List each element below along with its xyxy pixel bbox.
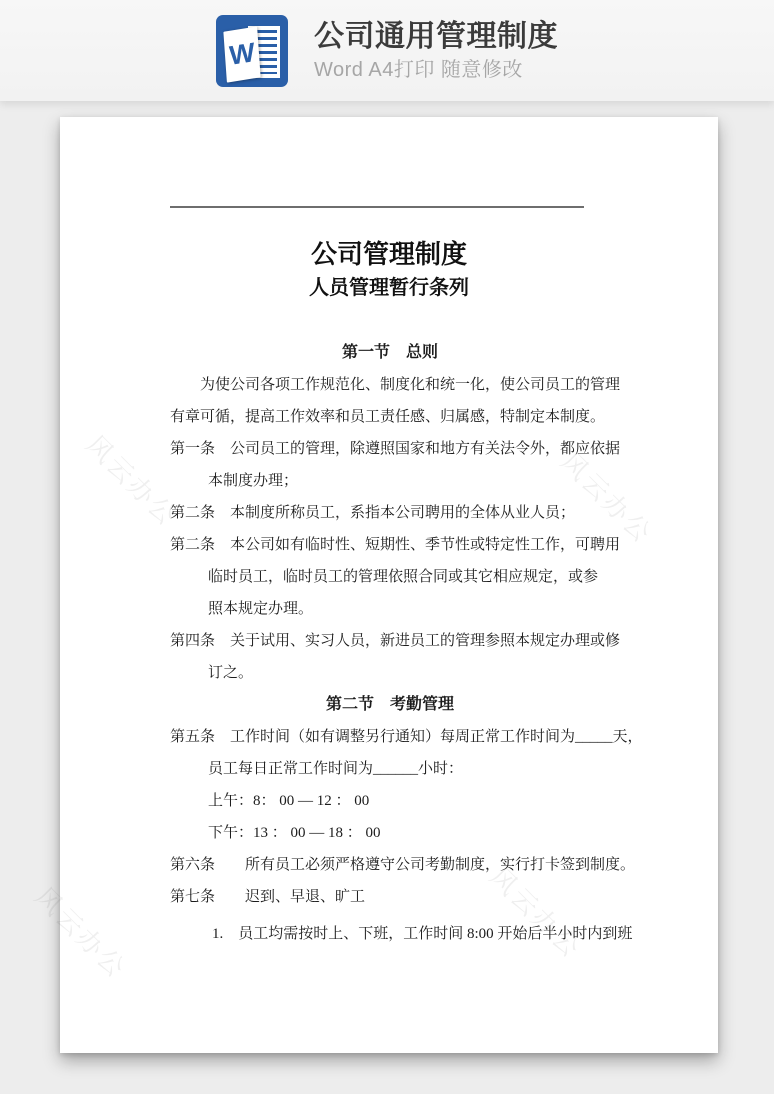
section-heading: 第二节 考勤管理: [170, 689, 610, 721]
site-header: W 公司通用管理制度 Word A4打印 随意修改: [0, 0, 774, 101]
document-page: 风云办公 风云办公 风云办公 风云办公 公司管理制度 人员管理暂行条列 第一节 …: [60, 117, 718, 1053]
document-line: 为使公司各项工作规范化、制度化和统一化，使公司员工的管理: [170, 369, 610, 401]
document-line: 有章可循，提高工作效率和员工责任感、归属感，特制定本制度。: [170, 401, 610, 433]
document-line: 第六条 所有员工必须严格遵守公司考勤制度，实行打卡签到制度。: [170, 849, 610, 881]
page-title: 公司通用管理制度: [314, 19, 558, 55]
document-subtitle: 人员管理暂行条列: [60, 275, 718, 301]
document-lines: 第一节 总则为使公司各项工作规范化、制度化和统一化，使公司员工的管理有章可循，提…: [170, 337, 610, 950]
document-line: 第二条 本制度所称员工，系指本公司聘用的全体从业人员；: [170, 497, 610, 529]
brand: W 公司通用管理制度 Word A4打印 随意修改: [216, 15, 558, 87]
watermark: 风云办公: [28, 878, 136, 986]
document-line: 订之。: [170, 657, 610, 689]
document-line: 本制度办理；: [170, 465, 610, 497]
document-line: 1. 员工均需按时上、下班，工作时间 8:00 开始后半小时内到班: [170, 918, 610, 950]
document-line: 第二条 本公司如有临时性、短期性、季节性或特定性工作，可聘用: [170, 529, 610, 561]
document-line: 照本规定办理。: [170, 593, 610, 625]
document-line: 第四条 关于试用、实习人员，新进员工的管理参照本规定办理或修: [170, 625, 610, 657]
document-line: 员工每日正常工作时间为______小时：: [170, 753, 610, 785]
page-subtitle: Word A4打印 随意修改: [314, 58, 558, 82]
document-line: 下午：13 ： 00 — 18 ： 00: [170, 817, 610, 849]
document-line: 第一条 公司员工的管理，除遵照国家和地方有关法令外，都应依据: [170, 433, 610, 465]
brand-text: 公司通用管理制度 Word A4打印 随意修改: [314, 19, 558, 82]
section-heading: 第一节 总则: [170, 337, 610, 369]
word-icon-page: W: [223, 26, 260, 82]
document-line: 上午：8： 00 — 12 ： 00: [170, 785, 610, 817]
header-rule: [170, 206, 584, 208]
document-title: 公司管理制度: [60, 240, 718, 270]
document-line: 第五条 工作时间（如有调整另行通知）每周正常工作时间为_____天，: [170, 721, 610, 753]
document-line: 临时员工，临时员工的管理依照合同或其它相应规定，或参: [170, 561, 610, 593]
page-background: W 公司通用管理制度 Word A4打印 随意修改 风云办公 风云办公 风云办公…: [0, 0, 774, 1094]
document-line: 第七条 迟到、早退、旷工: [170, 881, 610, 913]
word-icon: W: [216, 15, 288, 87]
word-icon-letter: W: [228, 39, 255, 70]
